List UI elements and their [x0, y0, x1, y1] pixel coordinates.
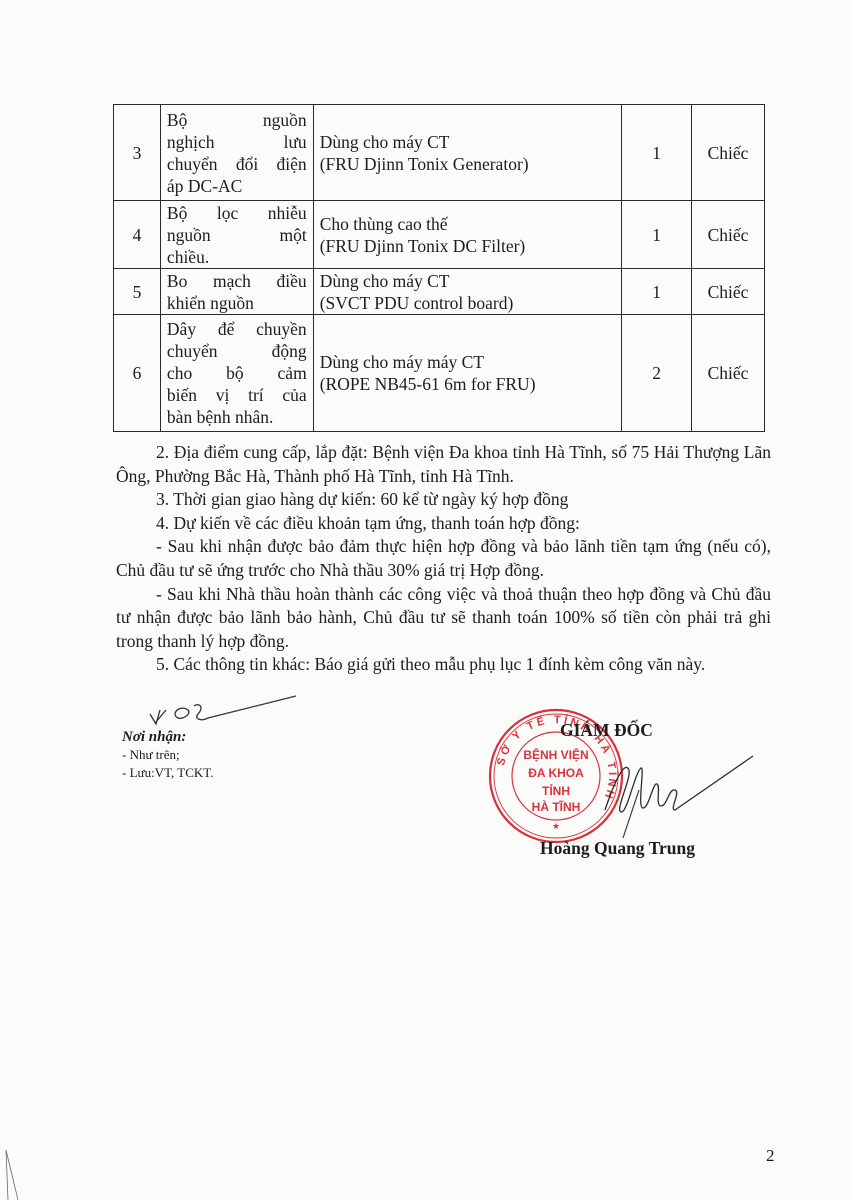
document-body: 2. Địa điểm cung cấp, lắp đặt: Bệnh viện…	[116, 441, 771, 677]
paragraph-delivery-location: 2. Địa điểm cung cấp, lắp đặt: Bệnh viện…	[116, 441, 771, 488]
item-name: Bộ lọc nhiễunguồn mộtchiều.	[160, 201, 313, 269]
paragraph-other-info: 5. Các thông tin khác: Báo giá gửi theo …	[116, 653, 771, 677]
director-signature	[595, 750, 755, 840]
item-quantity: 2	[622, 315, 692, 432]
recipients-block: Nơi nhận: - Như trên; - Lưu:VT, TCKT.	[122, 728, 214, 782]
item-unit: Chiếc	[692, 315, 765, 432]
paragraph-advance-payment: - Sau khi nhận được bảo đảm thực hiện hợ…	[116, 535, 771, 582]
item-quantity: 1	[622, 105, 692, 201]
svg-text:HÀ TĨNH: HÀ TĨNH	[532, 799, 581, 814]
margin-scan-mark	[0, 1120, 30, 1200]
svg-text:BỆNH VIỆN: BỆNH VIỆN	[523, 747, 588, 762]
row-number: 3	[114, 105, 161, 201]
equipment-table: 3Bộ nguồnnghịch lưuchuyển đổi điệnáp DC-…	[113, 104, 765, 432]
item-description: Dùng cho máy máy CT(ROPE NB45-61 6m for …	[313, 315, 621, 432]
item-unit: Chiếc	[692, 105, 765, 201]
item-description: Dùng cho máy CT(FRU Djinn Tonix Generato…	[313, 105, 621, 201]
table-row: 3Bộ nguồnnghịch lưuchuyển đổi điệnáp DC-…	[114, 105, 765, 201]
item-name: Bo mạch điềukhiển nguồn	[160, 269, 313, 315]
svg-text:TỈNH: TỈNH	[542, 783, 570, 798]
item-quantity: 1	[622, 201, 692, 269]
table-row: 4Bộ lọc nhiễunguồn mộtchiều.Cho thùng ca…	[114, 201, 765, 269]
item-quantity: 1	[622, 269, 692, 315]
row-number: 4	[114, 201, 161, 269]
initial-signature	[148, 692, 298, 732]
item-description: Cho thùng cao thế(FRU Djinn Tonix DC Fil…	[313, 201, 621, 269]
row-number: 5	[114, 269, 161, 315]
signer-title: GIÁM ĐỐC	[560, 720, 653, 741]
item-name: Bộ nguồnnghịch lưuchuyển đổi điệnáp DC-A…	[160, 105, 313, 201]
paragraph-payment-terms: 4. Dự kiến về các điều khoản tạm ứng, th…	[116, 512, 771, 536]
svg-text:★: ★	[552, 821, 560, 831]
item-unit: Chiếc	[692, 269, 765, 315]
svg-text:ĐA KHOA: ĐA KHOA	[528, 766, 584, 780]
document-page: 3Bộ nguồnnghịch lưuchuyển đổi điệnáp DC-…	[0, 0, 852, 1200]
paragraph-final-payment: - Sau khi Nhà thầu hoàn thành các công v…	[116, 583, 771, 654]
table-row: 6Dây để chuyềnchuyển độngcho bộ cảmbiến …	[114, 315, 765, 432]
signer-name: Hoàng Quang Trung	[540, 838, 695, 859]
row-number: 6	[114, 315, 161, 432]
item-name: Dây để chuyềnchuyển độngcho bộ cảmbiến v…	[160, 315, 313, 432]
paragraph-delivery-time: 3. Thời gian giao hàng dự kiến: 60 kể từ…	[116, 488, 771, 512]
item-description: Dùng cho máy CT(SVCT PDU control board)	[313, 269, 621, 315]
recipient-item: - Lưu:VT, TCKT.	[122, 764, 214, 782]
page-number: 2	[766, 1146, 775, 1166]
recipients-title: Nơi nhận:	[122, 728, 214, 746]
item-unit: Chiếc	[692, 201, 765, 269]
recipient-item: - Như trên;	[122, 746, 214, 764]
table-row: 5Bo mạch điềukhiển nguồnDùng cho máy CT(…	[114, 269, 765, 315]
